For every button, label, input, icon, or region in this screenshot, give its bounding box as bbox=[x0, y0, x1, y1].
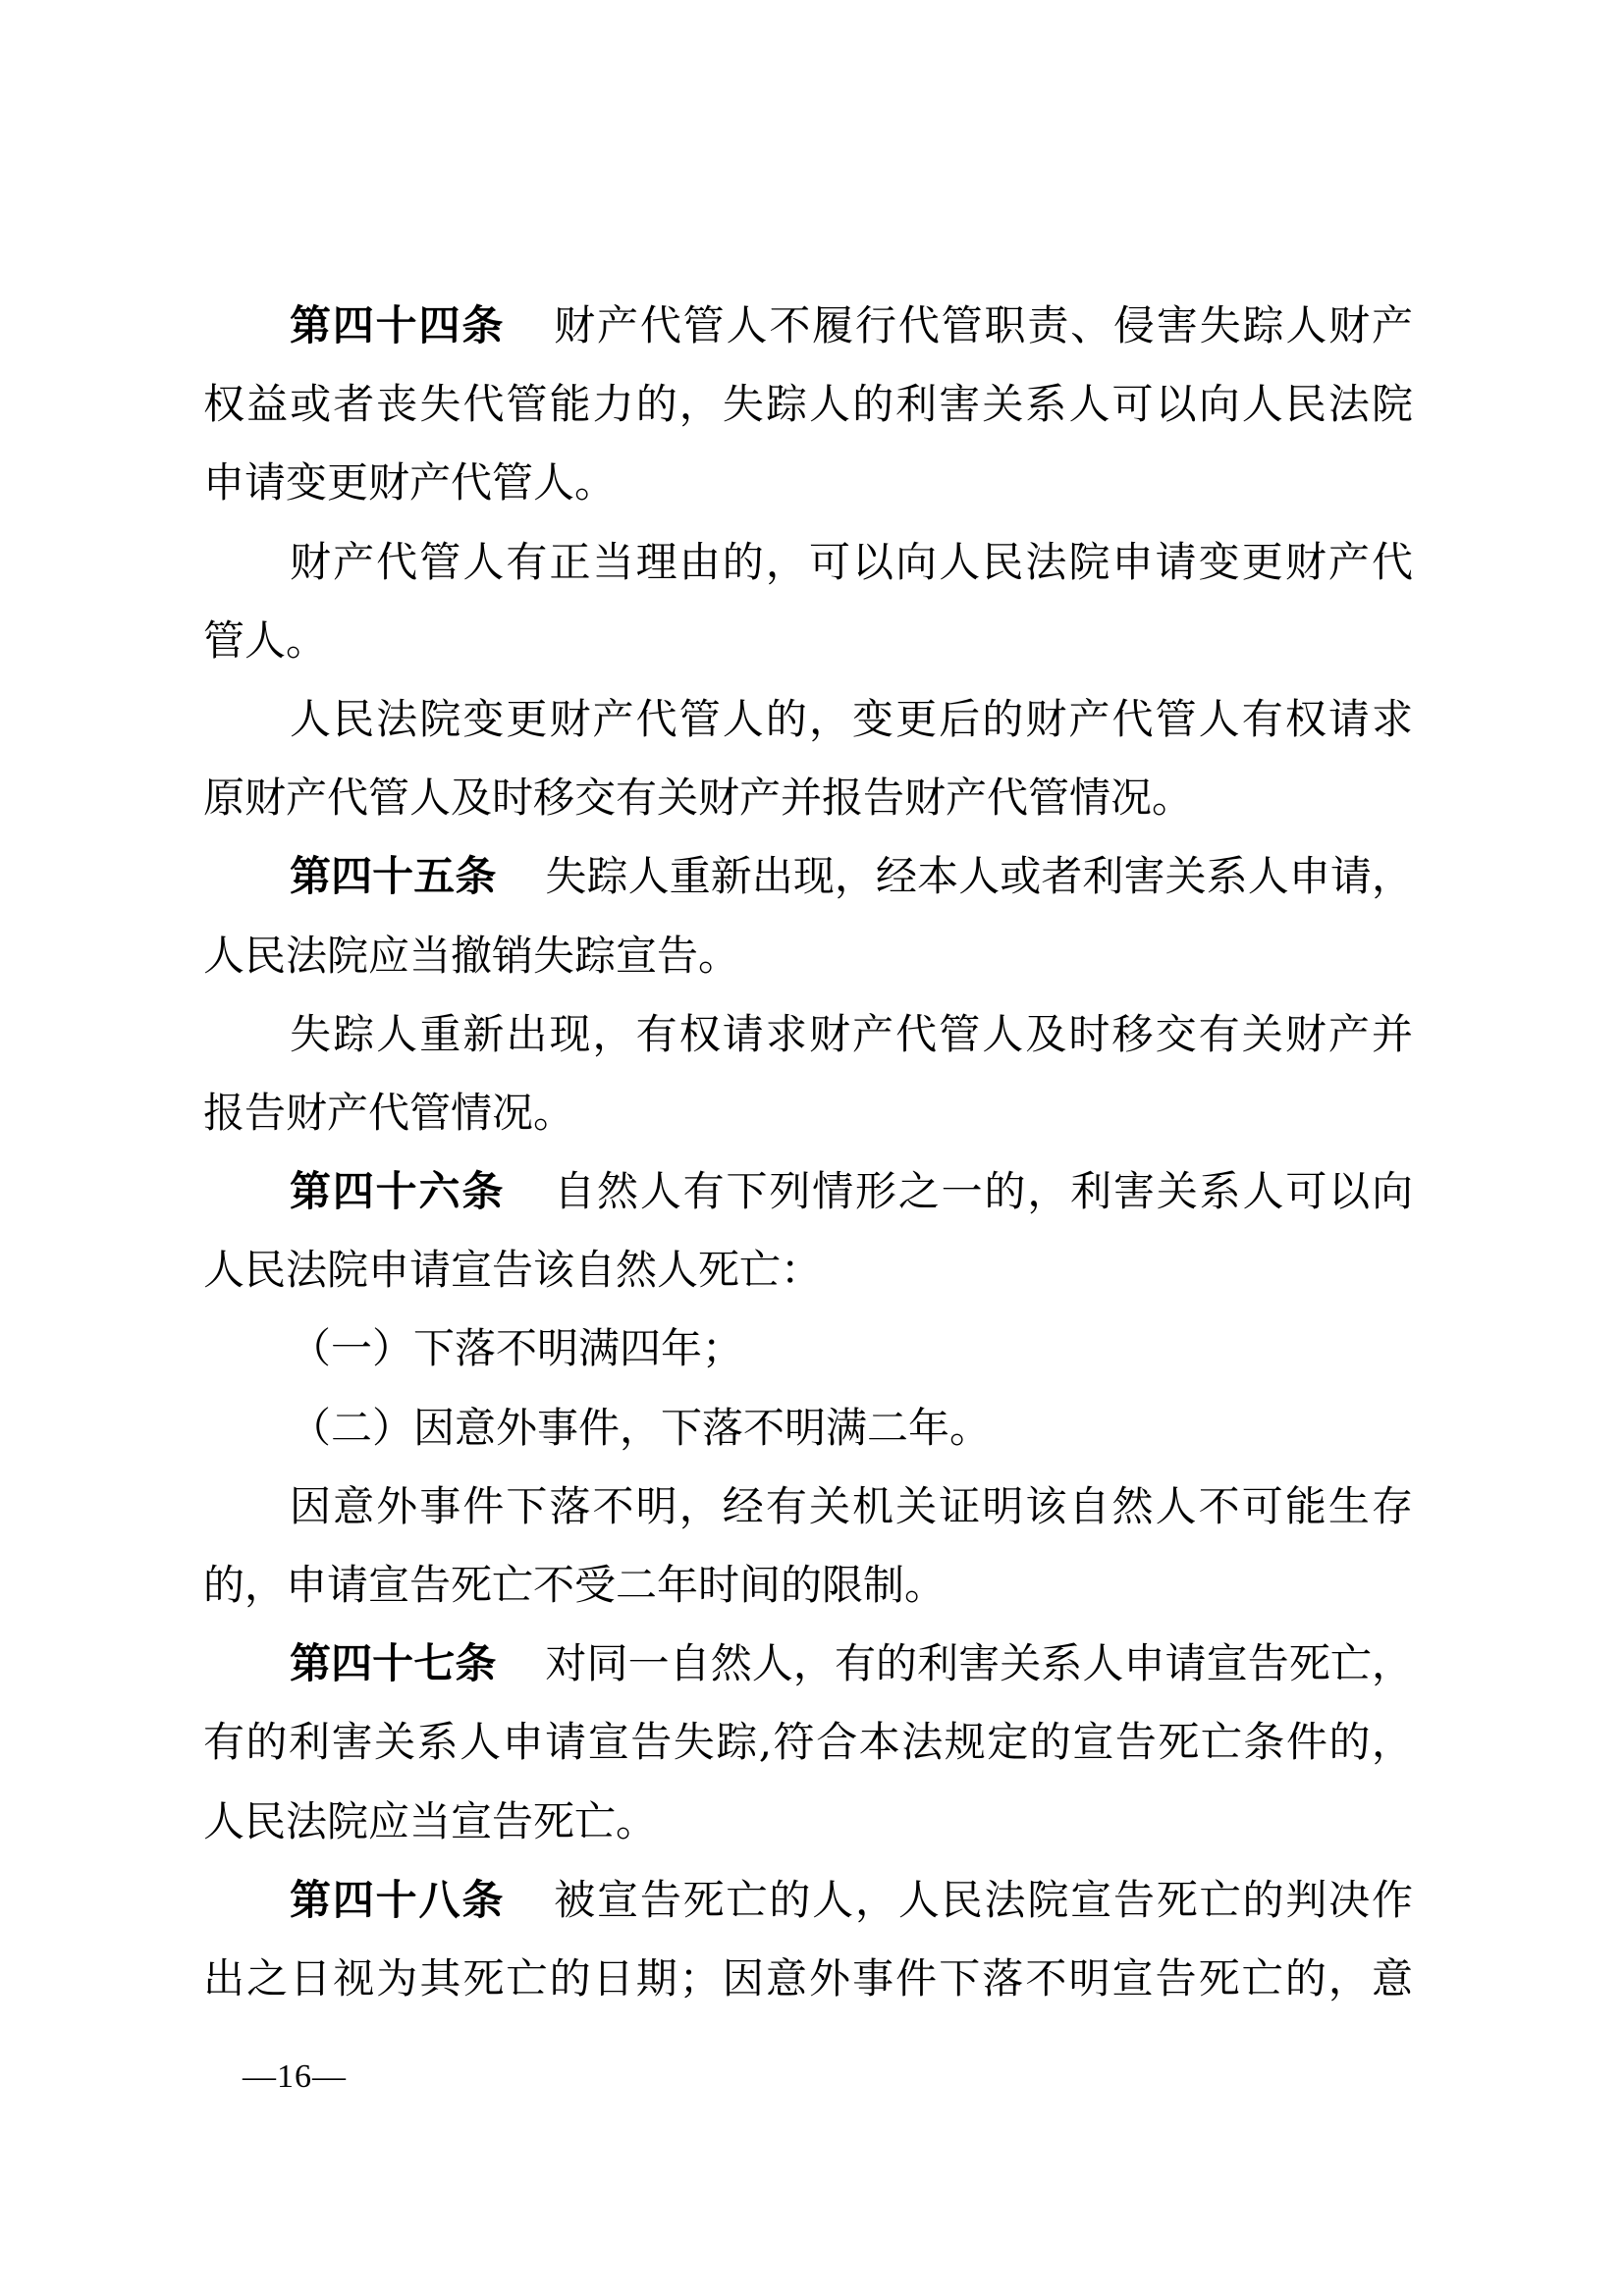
text-line: 管人。 bbox=[203, 602, 1413, 680]
text-line: 有的利害关系人申请宣告失踪,符合本法规定的宣告死亡条件的， bbox=[203, 1703, 1413, 1782]
text-line: 第四十八条被宣告死亡的人，人民法院宣告死亡的判决作 bbox=[203, 1861, 1413, 1940]
text-line: 第四十七条对同一自然人，有的利害关系人申请宣告死亡， bbox=[203, 1625, 1413, 1703]
paragraph: 第四十五条失踪人重新出现，经本人或者利害关系人申请， 人民法院应当撤销失踪宣告。 bbox=[203, 837, 1413, 994]
paragraph: 人民法院变更财产代管人的，变更后的财产代管人有权请求 原财产代管人及时移交有关财… bbox=[203, 680, 1413, 837]
text-line: 报告财产代管情况。 bbox=[203, 1074, 1413, 1152]
paragraph: 失踪人重新出现，有权请求财产代管人及时移交有关财产并 报告财产代管情况。 bbox=[203, 995, 1413, 1152]
text-line: 第四十四条财产代管人不履行代管职责、侵害失踪人财产 bbox=[203, 287, 1413, 365]
article-46: 第四十六条自然人有下列情形之一的，利害关系人可以向 人民法院申请宣告该自然人死亡… bbox=[203, 1152, 1413, 1625]
article-heading: 第四十六条 bbox=[290, 1167, 505, 1215]
article-48: 第四十八条被宣告死亡的人，人民法院宣告死亡的判决作 出之日视为其死亡的日期；因意… bbox=[203, 1861, 1413, 2018]
list-item: （一）下落不明满四年； bbox=[203, 1309, 1413, 1388]
paragraph: 第四十八条被宣告死亡的人，人民法院宣告死亡的判决作 出之日视为其死亡的日期；因意… bbox=[203, 1861, 1413, 2018]
article-text-block: 第四十四条财产代管人不履行代管职责、侵害失踪人财产 权益或者丧失代管能力的，失踪… bbox=[203, 287, 1413, 2018]
text-line: 人民法院变更财产代管人的，变更后的财产代管人有权请求 bbox=[203, 680, 1413, 759]
text-line: 人民法院应当宣告死亡。 bbox=[203, 1783, 1413, 1861]
paragraph: 第四十七条对同一自然人，有的利害关系人申请宣告死亡， 有的利害关系人申请宣告失踪… bbox=[203, 1625, 1413, 1861]
text-line: 人民法院应当撤销失踪宣告。 bbox=[203, 917, 1413, 995]
paragraph: 因意外事件下落不明，经有关机关证明该自然人不可能生存 的，申请宣告死亡不受二年时… bbox=[203, 1468, 1413, 1625]
article-heading: 第四十四条 bbox=[290, 301, 505, 349]
article-heading: 第四十七条 bbox=[290, 1639, 496, 1687]
line-text: 财产代管人不履行代管职责、侵害失踪人财产 bbox=[554, 301, 1413, 349]
list-item: （二）因意外事件，下落不明满二年。 bbox=[203, 1389, 1413, 1468]
text-line: 申请变更财产代管人。 bbox=[203, 444, 1413, 522]
text-line: 权益或者丧失代管能力的，失踪人的利害关系人可以向人民法院 bbox=[203, 365, 1413, 444]
text-line: （二）因意外事件，下落不明满二年。 bbox=[203, 1389, 1413, 1468]
document-page: 第四十四条财产代管人不履行代管职责、侵害失踪人财产 权益或者丧失代管能力的，失踪… bbox=[0, 0, 1624, 2296]
article-47: 第四十七条对同一自然人，有的利害关系人申请宣告死亡， 有的利害关系人申请宣告失踪… bbox=[203, 1625, 1413, 1861]
text-line: 的，申请宣告死亡不受二年时间的限制。 bbox=[203, 1546, 1413, 1625]
text-line: 原财产代管人及时移交有关财产并报告财产代管情况。 bbox=[203, 759, 1413, 837]
line-text: 被宣告死亡的人，人民法院宣告死亡的判决作 bbox=[554, 1876, 1413, 1924]
text-line: （一）下落不明满四年； bbox=[203, 1309, 1413, 1388]
text-line: 第四十五条失踪人重新出现，经本人或者利害关系人申请， bbox=[203, 837, 1413, 916]
text-line: 第四十六条自然人有下列情形之一的，利害关系人可以向 bbox=[203, 1152, 1413, 1231]
article-44: 第四十四条财产代管人不履行代管职责、侵害失踪人财产 权益或者丧失代管能力的，失踪… bbox=[203, 287, 1413, 837]
paragraph: 第四十四条财产代管人不履行代管职责、侵害失踪人财产 权益或者丧失代管能力的，失踪… bbox=[203, 287, 1413, 523]
article-heading: 第四十五条 bbox=[290, 852, 496, 900]
line-text: 对同一自然人，有的利害关系人申请宣告死亡， bbox=[545, 1639, 1413, 1687]
line-text: 失踪人重新出现，经本人或者利害关系人申请， bbox=[545, 852, 1413, 900]
text-line: 人民法院申请宣告该自然人死亡： bbox=[203, 1231, 1413, 1309]
page-number: —16— bbox=[243, 2057, 347, 2097]
text-line: 因意外事件下落不明，经有关机关证明该自然人不可能生存 bbox=[203, 1468, 1413, 1546]
paragraph: 财产代管人有正当理由的，可以向人民法院申请变更财产代 管人。 bbox=[203, 523, 1413, 680]
text-line: 出之日视为其死亡的日期；因意外事件下落不明宣告死亡的，意 bbox=[203, 1940, 1413, 2018]
text-line: 失踪人重新出现，有权请求财产代管人及时移交有关财产并 bbox=[203, 995, 1413, 1074]
text-line: 财产代管人有正当理由的，可以向人民法院申请变更财产代 bbox=[203, 523, 1413, 602]
article-45: 第四十五条失踪人重新出现，经本人或者利害关系人申请， 人民法院应当撤销失踪宣告。… bbox=[203, 837, 1413, 1152]
line-text: 自然人有下列情形之一的，利害关系人可以向 bbox=[554, 1167, 1413, 1215]
paragraph: 第四十六条自然人有下列情形之一的，利害关系人可以向 人民法院申请宣告该自然人死亡… bbox=[203, 1152, 1413, 1309]
article-heading: 第四十八条 bbox=[290, 1876, 505, 1924]
